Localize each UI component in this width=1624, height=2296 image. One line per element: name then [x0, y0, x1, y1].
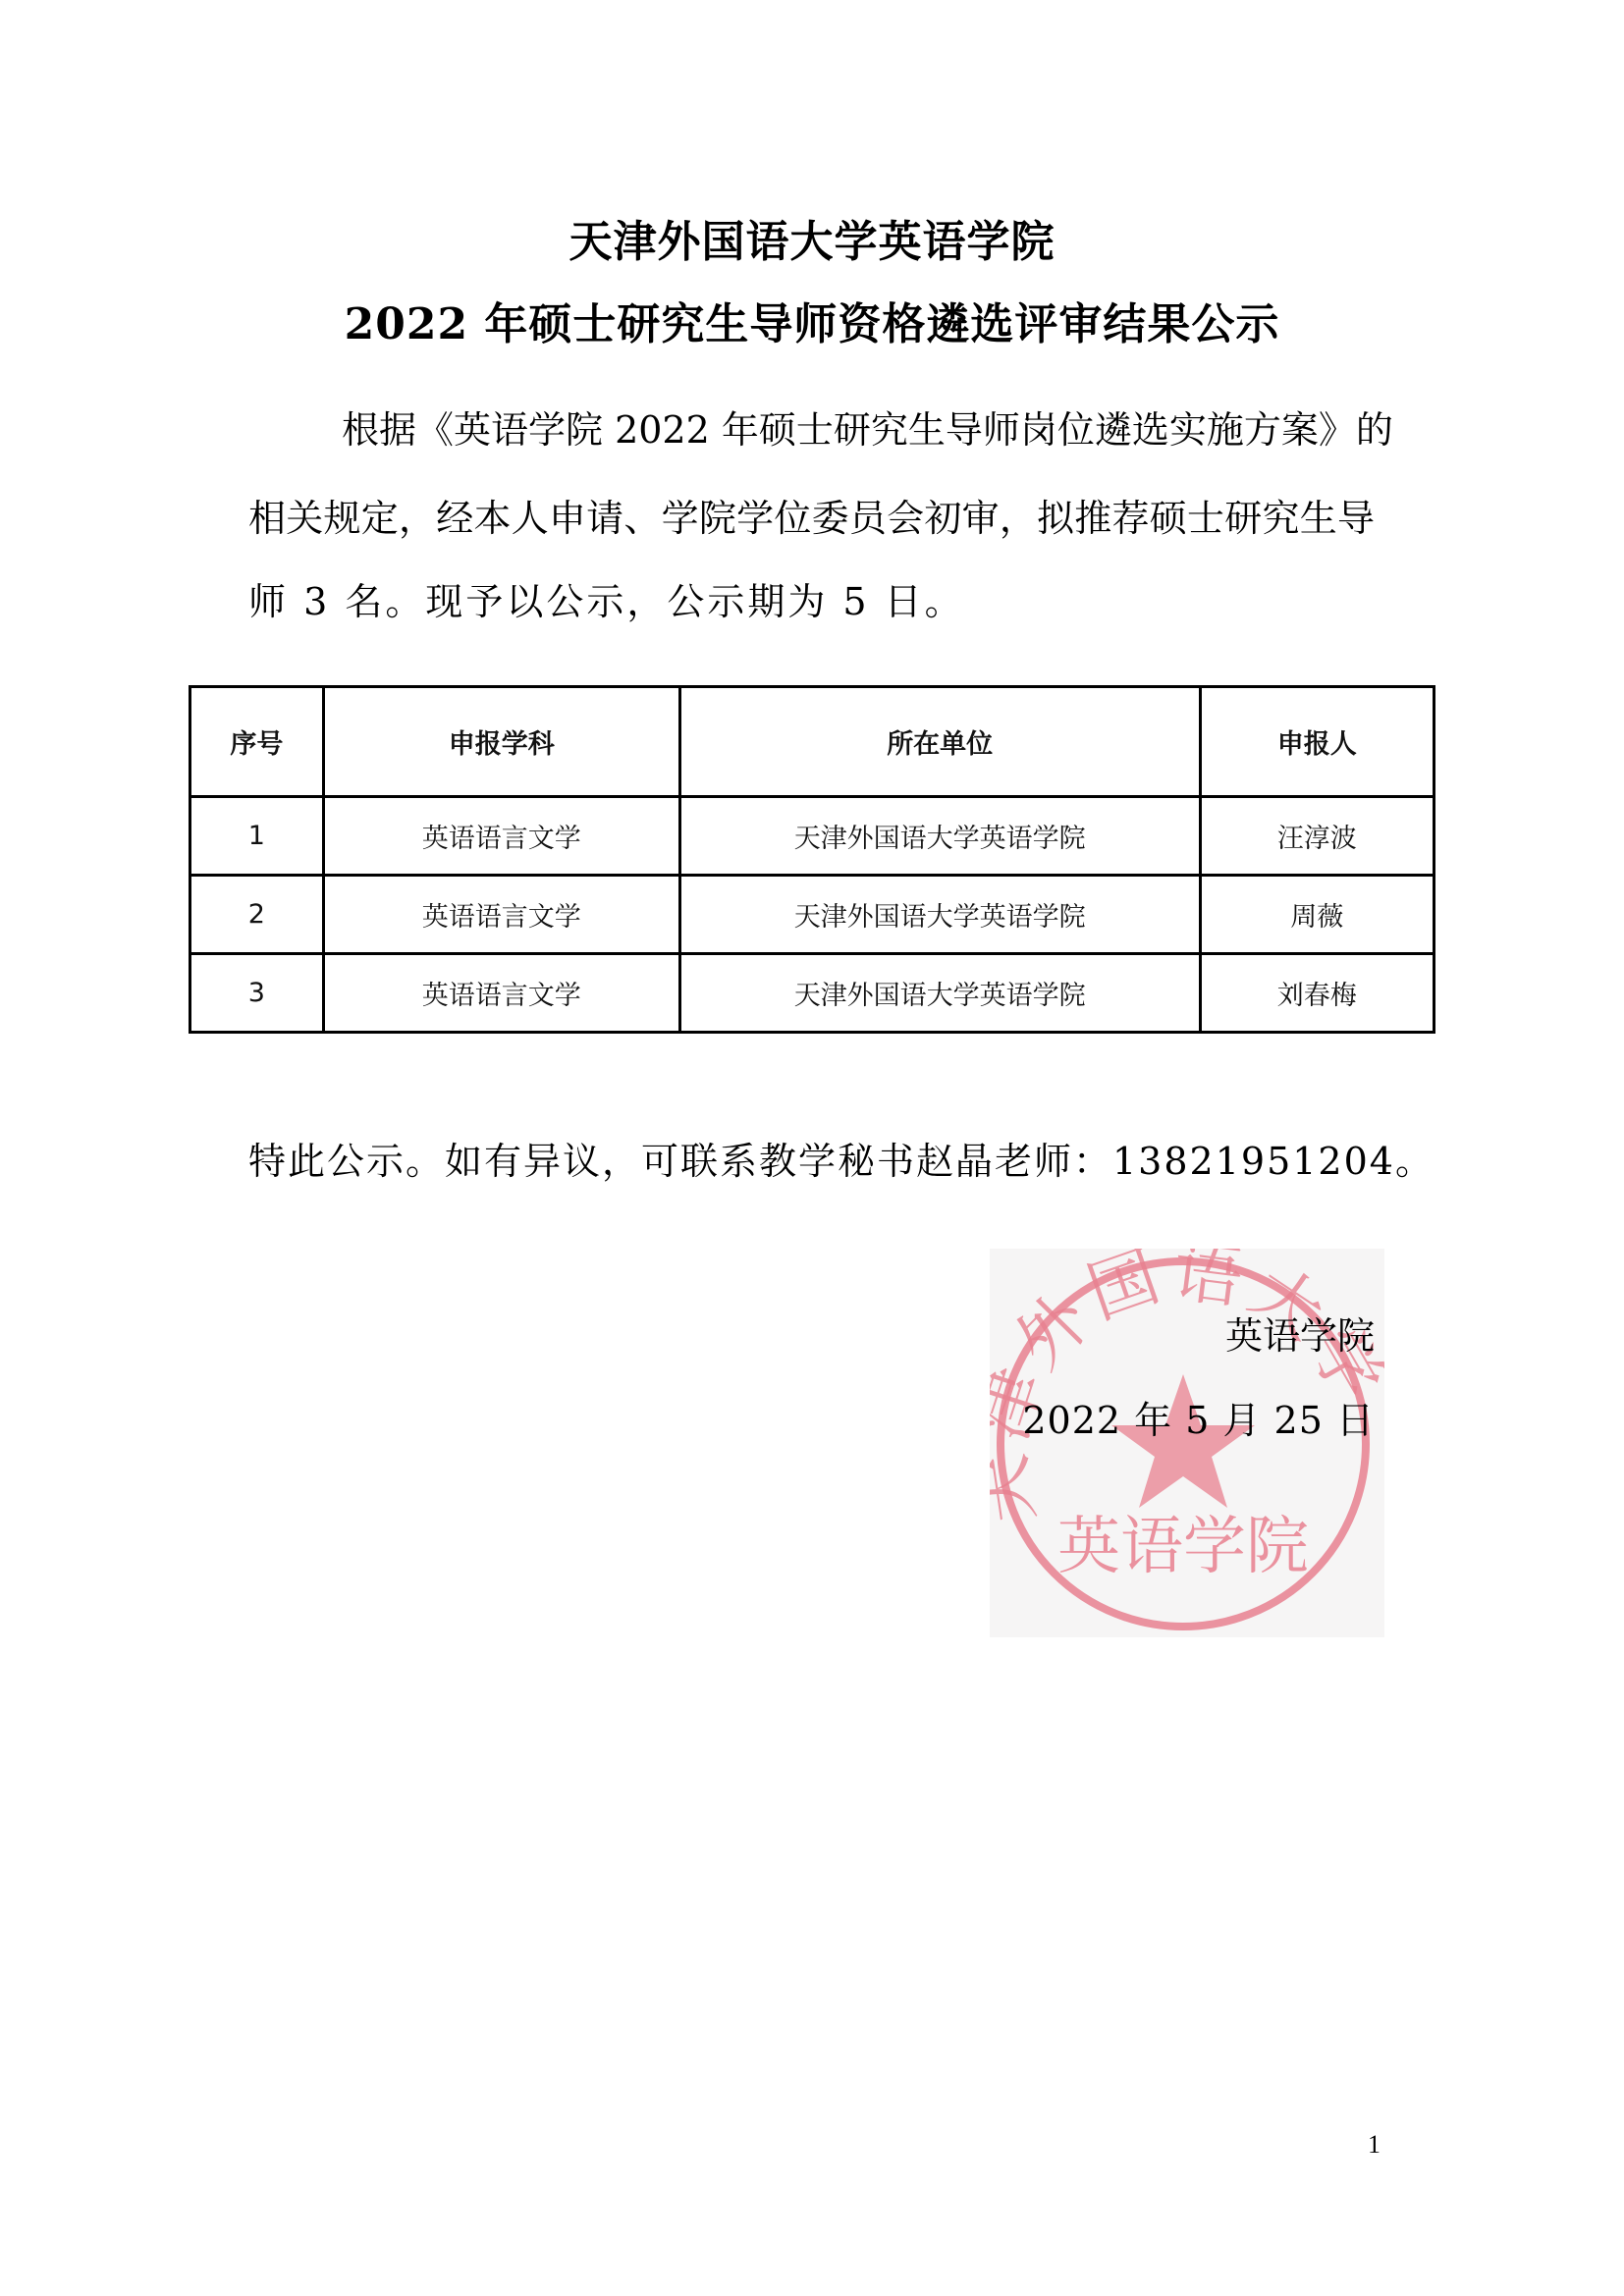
cell-discipline: 英语语言文学 [323, 876, 679, 954]
header-index: 序号 [190, 687, 324, 797]
body-paragraph-line1: 根据《英语学院 2022 年硕士研究生导师岗位遴选实施方案》的 [248, 402, 1375, 457]
document-title-line2: 2022 年硕士研究生导师资格遴选评审结果公示 [0, 295, 1624, 354]
cell-unit: 天津外国语大学英语学院 [679, 797, 1200, 876]
header-applicant: 申报人 [1200, 687, 1434, 797]
cell-discipline: 英语语言文学 [323, 797, 679, 876]
cell-unit: 天津外国语大学英语学院 [679, 954, 1200, 1033]
header-discipline: 申报学科 [323, 687, 679, 797]
header-unit: 所在单位 [679, 687, 1200, 797]
cell-discipline: 英语语言文学 [323, 954, 679, 1033]
candidates-table: 序号 申报学科 所在单位 申报人 1 英语语言文学 天津外国语大学英语学院 汪淳… [189, 685, 1435, 1034]
body-paragraph-line2: 相关规定，经本人申请、学院学位委员会初审，拟推荐硕士研究生导 [248, 491, 1375, 546]
table-row: 3 英语语言文学 天津外国语大学英语学院 刘春梅 [190, 954, 1435, 1033]
table-row: 1 英语语言文学 天津外国语大学英语学院 汪淳波 [190, 797, 1435, 876]
page-number: 1 [1368, 2130, 1380, 2160]
cell-applicant: 刘春梅 [1200, 954, 1434, 1033]
table-header-row: 序号 申报学科 所在单位 申报人 [190, 687, 1435, 797]
cell-applicant: 周薇 [1200, 876, 1434, 954]
cell-index: 1 [190, 797, 324, 876]
svg-text:英语学院: 英语学院 [1057, 1511, 1309, 1583]
signature-organization: 英语学院 [1225, 1311, 1375, 1361]
body-paragraph-line3: 师 3 名。现予以公示，公示期为 5 日。 [248, 574, 1375, 629]
cell-index: 2 [190, 876, 324, 954]
signature-date: 2022 年 5 月 25 日 [1022, 1396, 1375, 1445]
cell-unit: 天津外国语大学英语学院 [679, 876, 1200, 954]
table-row: 2 英语语言文学 天津外国语大学英语学院 周薇 [190, 876, 1435, 954]
document-page: 天津外国语大学英语学院 2022 年硕士研究生导师资格遴选评审结果公示 根据《英… [0, 0, 1624, 2296]
cell-applicant: 汪淳波 [1200, 797, 1434, 876]
document-title-line1: 天津外国语大学英语学院 [0, 213, 1624, 272]
contact-notice: 特此公示。如有异议，可联系教学秘书赵晶老师：13821951204。 [248, 1134, 1435, 1189]
cell-index: 3 [190, 954, 324, 1033]
